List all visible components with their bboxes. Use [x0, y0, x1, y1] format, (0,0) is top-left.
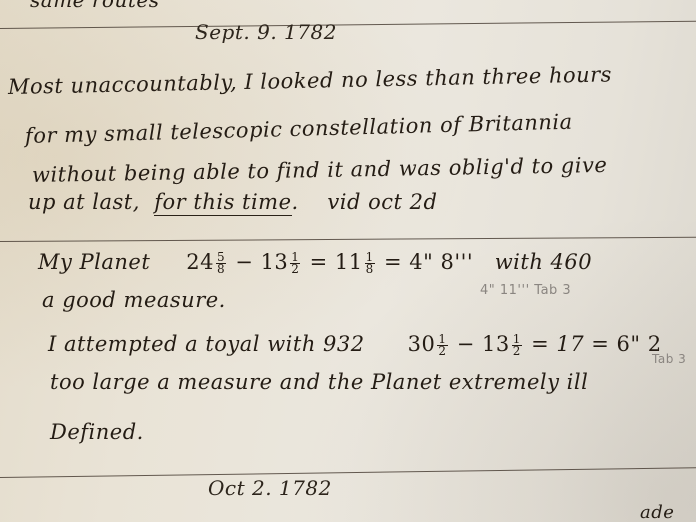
measure-label: My Planet [38, 250, 150, 274]
pencil-annotation: 4" 11''' Tab 3 [480, 283, 571, 298]
entry-line: Most unaccountably, I looked no less tha… [8, 62, 612, 99]
value: 13 [261, 250, 289, 274]
fraction: 12 [437, 334, 447, 357]
entry-line: Defined. [50, 420, 144, 444]
operator: − [235, 250, 253, 274]
fraction-denominator: 8 [216, 264, 226, 275]
measurement-line: I attempted a toyal with 932 3012 − 1312… [48, 332, 662, 357]
entry-last-line: up at last, for this time. vid oct 2d [28, 190, 437, 214]
measure-label: I attempted a toyal with 932 [48, 332, 365, 356]
entry-date: Oct 2. 1782 [208, 476, 332, 500]
ruled-divider [0, 237, 696, 242]
ruled-divider [0, 467, 696, 478]
value: 11 [335, 250, 363, 274]
value: 24 [186, 250, 214, 274]
entry-text: . [292, 190, 299, 214]
fraction: 12 [512, 334, 522, 357]
underlined-text: for this time [154, 190, 291, 216]
operator: = [384, 250, 402, 274]
fraction: 58 [216, 252, 226, 275]
cross-reference-note: vid oct 2d [327, 190, 437, 214]
operator: = [310, 250, 328, 274]
operator: = 17 = [531, 332, 609, 356]
entry-date: Sept. 9. 1782 [195, 20, 337, 44]
value: 13 [482, 332, 510, 356]
entry-line: without being able to find it and was ob… [32, 153, 608, 187]
fraction-denominator: 8 [365, 264, 375, 275]
ruled-divider [0, 21, 696, 29]
entry-text: up at last, [28, 190, 140, 214]
entry-line: for my small telescopic constellation of… [25, 110, 573, 148]
result-value: 4" 8''' [409, 250, 473, 274]
pencil-annotation: Tab 3 [652, 352, 686, 366]
measurement-line: My Planet 2458 − 1312 = 1118 = 4" 8''' w… [38, 250, 592, 275]
fraction-denominator: 2 [290, 264, 300, 275]
fraction-denominator: 2 [437, 346, 447, 357]
partial-line-text: ade [640, 502, 674, 522]
manuscript-page: same routes Sept. 9. 1782 Most unaccount… [0, 0, 696, 522]
top-fragment-text: same routes [30, 0, 159, 12]
fraction-denominator: 2 [512, 346, 522, 357]
fraction: 12 [290, 252, 300, 275]
fraction: 18 [365, 252, 375, 275]
entry-line: too large a measure and the Planet extre… [50, 370, 588, 394]
entry-line: a good measure. [42, 288, 226, 312]
operator: − [457, 332, 475, 356]
value: 30 [408, 332, 436, 356]
measure-tail: with 460 [495, 250, 592, 274]
